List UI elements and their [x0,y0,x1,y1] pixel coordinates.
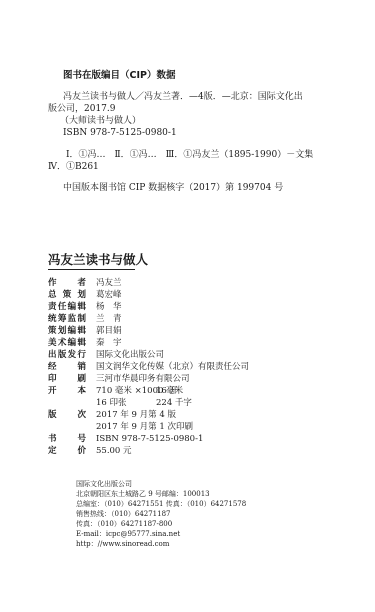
credit-label: 责任编辑 [48,302,86,313]
credit-value: 国际文化出版公司 [96,350,164,361]
credit-value: 杨 华 [96,302,122,313]
credit-label: 作者 [48,278,86,289]
book-title: 冯友兰读书与做人 [48,250,148,268]
publisher-line: http：//www.sinoread.com [76,538,169,550]
title-divider [48,269,135,270]
credit-value-secondary: 16 开 [156,386,178,397]
credit-value: 秦 宇 [96,338,122,349]
cip-line: （大师读书与做人） [60,115,141,127]
credit-value-secondary: 224 千字 [156,398,192,409]
credit-value: 三河市华晨印务有限公司 [96,374,190,385]
credit-label: 统筹监制 [48,314,86,325]
cip-line: 中国版本图书馆 CIP 数据核字（2017）第 199704 号 [63,182,283,194]
credit-label: 印刷 [48,374,86,385]
cip-line: 冯友兰读书与做人／冯友兰著．—4版．—北京：国际文化出 [63,91,303,103]
credit-value: 冯友兰 [96,278,122,289]
cip-line: ISBN 978-7-5125-0980-1 [63,127,177,139]
credit-label: 出版发行 [48,350,86,361]
credit-label: 定价 [48,446,86,457]
credit-value: 郭目娟 [96,326,122,337]
credit-label: 经销 [48,362,86,373]
cip-heading: 图书在版编目（CIP）数据 [63,67,175,81]
cip-line: Ⅰ．①冯… Ⅱ．①冯… Ⅲ．①冯友兰（1895-1990）－文集 [66,149,313,161]
credit-value: 2017 年 9 月第 4 版 [96,410,176,421]
credit-value: ISBN 978-7-5125-0980-1 [96,434,203,445]
credit-value: 葛宏峰 [96,290,122,301]
credit-label: 版次 [48,410,86,421]
credit-value: 55.00 元 [96,446,132,457]
cip-line: 版公司，2017.9 [48,103,116,115]
credit-value: 兰 青 [96,314,122,325]
credit-label: 策划编辑 [48,326,86,337]
credit-label: 开本 [48,386,86,397]
credit-label: 总策划 [48,290,86,301]
credit-label: 美术编辑 [48,338,86,349]
credit-label: 书号 [48,434,86,445]
credit-value: 2017 年 9 月第 1 次印刷 [96,422,193,433]
credit-value: 16 印张 [96,398,127,409]
cip-line: Ⅳ．①B261 [48,161,99,173]
credit-value: 国文润华文化传媒（北京）有限责任公司 [96,362,249,373]
